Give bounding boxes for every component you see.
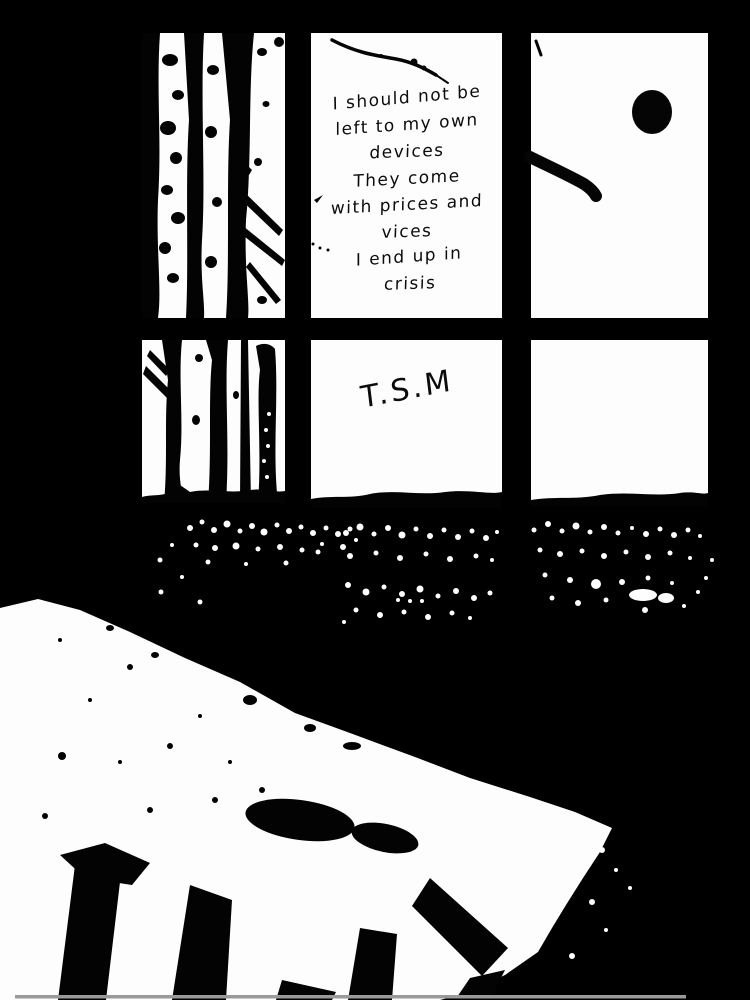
moon-icon xyxy=(632,90,672,134)
pane-bottom-middle xyxy=(311,340,502,508)
artwork-canvas: I should not be left to my own devices T… xyxy=(0,0,750,1000)
pane-top-left xyxy=(142,33,285,318)
pane-bottom-right xyxy=(531,340,708,506)
artwork-scene xyxy=(0,0,750,1000)
bottom-strip xyxy=(15,995,686,999)
pane-top-middle xyxy=(311,33,502,318)
